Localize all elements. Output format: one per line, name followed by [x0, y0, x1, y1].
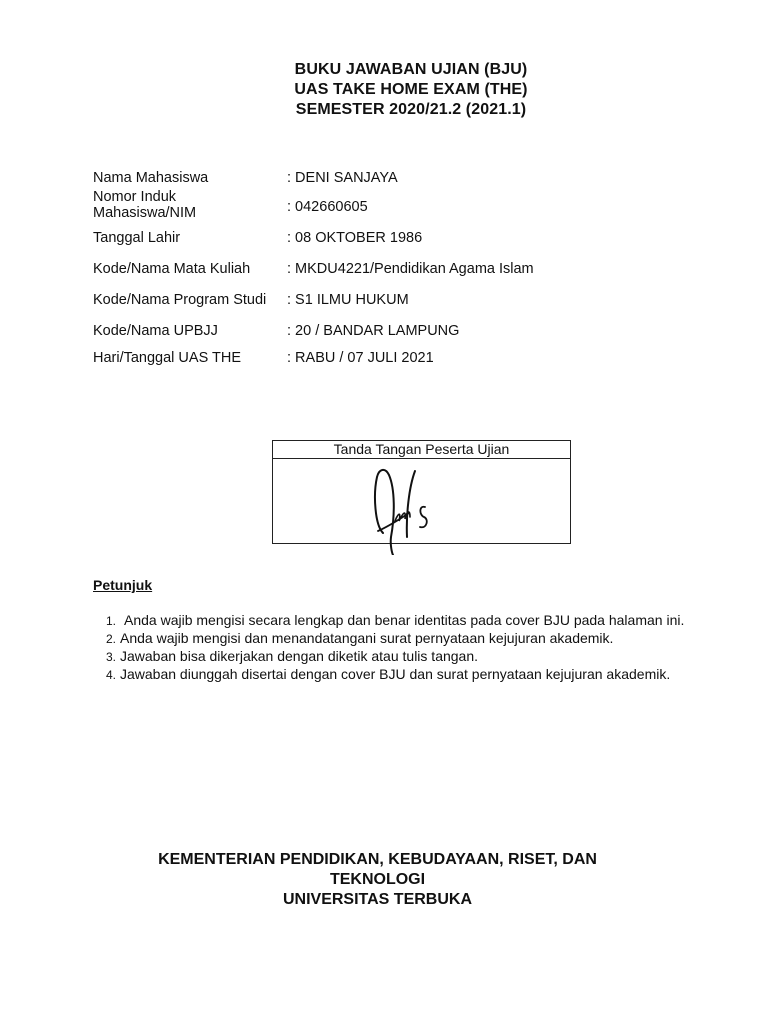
identity-label: Kode/Nama UPBJJ: [93, 323, 218, 340]
title-line-exam: UAS TAKE HOME EXAM (THE): [0, 80, 768, 100]
title-line-bju: BUKU JAWABAN UJIAN (BJU): [0, 60, 768, 80]
identity-label-line: Mahasiswa/NIM: [93, 205, 196, 221]
identity-value: : MKDU4221/Pendidikan Agama Islam: [287, 261, 534, 278]
instruction-number: 1.: [100, 613, 116, 630]
identity-value: : S1 ILMU HUKUM: [287, 292, 409, 309]
identity-row-upbjj: Kode/Nama UPBJJ : 20 / BANDAR LAMPUNG: [93, 323, 613, 343]
identity-label: Kode/Nama Mata Kuliah: [93, 261, 250, 278]
title-line-semester: SEMESTER 2020/21.2 (2021.1): [0, 100, 768, 120]
instruction-item: 3.Jawaban bisa dikerjakan dengan diketik…: [100, 648, 750, 666]
instruction-item: 4.Jawaban diunggah disertai dengan cover…: [100, 666, 750, 684]
instruction-text: Anda wajib mengisi secara lengkap dan be…: [124, 612, 734, 629]
instruction-number: 2.: [100, 631, 116, 648]
identity-value: : 20 / BANDAR LAMPUNG: [287, 323, 459, 340]
identity-value: : DENI SANJAYA: [287, 170, 398, 187]
instruction-item: 2.Anda wajib mengisi dan menandatangani …: [100, 630, 750, 648]
instructions-list: 1.Anda wajib mengisi secara lengkap dan …: [100, 612, 750, 684]
signature-box-label: Tanda Tangan Peserta Ujian: [273, 441, 570, 459]
identity-label: Tanggal Lahir: [93, 230, 180, 247]
identity-value: : 042660605: [287, 199, 368, 216]
signature-icon: [369, 465, 449, 555]
footer-ministry-line-2: TEKNOLOGI: [0, 870, 755, 890]
instruction-item: 1.Anda wajib mengisi secara lengkap dan …: [100, 612, 750, 630]
instruction-text: Jawaban diunggah disertai dengan cover B…: [120, 666, 670, 682]
signature-box: Tanda Tangan Peserta Ujian: [272, 440, 571, 544]
identity-value: : RABU / 07 JULI 2021: [287, 350, 434, 367]
identity-row-name: Nama Mahasiswa : DENI SANJAYA: [93, 170, 613, 190]
instructions-title: Petunjuk: [93, 577, 152, 593]
identity-row-exam-date: Hari/Tanggal UAS THE : RABU / 07 JULI 20…: [93, 350, 613, 370]
instruction-text: Jawaban bisa dikerjakan dengan diketik a…: [120, 648, 478, 664]
identity-row-birthdate: Tanggal Lahir : 08 OKTOBER 1986: [93, 230, 613, 250]
identity-label-line: Nomor Induk: [93, 189, 176, 205]
identity-row-nim: Nomor Induk Mahasiswa/NIM : 042660605: [93, 189, 613, 225]
document-title: BUKU JAWABAN UJIAN (BJU) UAS TAKE HOME E…: [0, 60, 768, 120]
identity-label: Kode/Nama Program Studi: [93, 292, 266, 309]
identity-label: Nama Mahasiswa: [93, 170, 208, 187]
footer-ministry-line: KEMENTERIAN PENDIDIKAN, KEBUDAYAAN, RISE…: [0, 850, 755, 870]
institution-footer: KEMENTERIAN PENDIDIKAN, KEBUDAYAAN, RISE…: [0, 850, 755, 910]
instruction-number: 4.: [100, 667, 116, 684]
instruction-text: Anda wajib mengisi dan menandatangani su…: [120, 630, 613, 646]
identity-label: Nomor Induk Mahasiswa/NIM: [93, 189, 196, 221]
identity-value: : 08 OKTOBER 1986: [287, 230, 422, 247]
identity-row-program: Kode/Nama Program Studi : S1 ILMU HUKUM: [93, 292, 613, 312]
identity-label: Hari/Tanggal UAS THE: [93, 350, 241, 367]
instruction-number: 3.: [100, 649, 116, 666]
footer-university: UNIVERSITAS TERBUKA: [0, 890, 755, 910]
identity-row-course: Kode/Nama Mata Kuliah : MKDU4221/Pendidi…: [93, 261, 613, 281]
